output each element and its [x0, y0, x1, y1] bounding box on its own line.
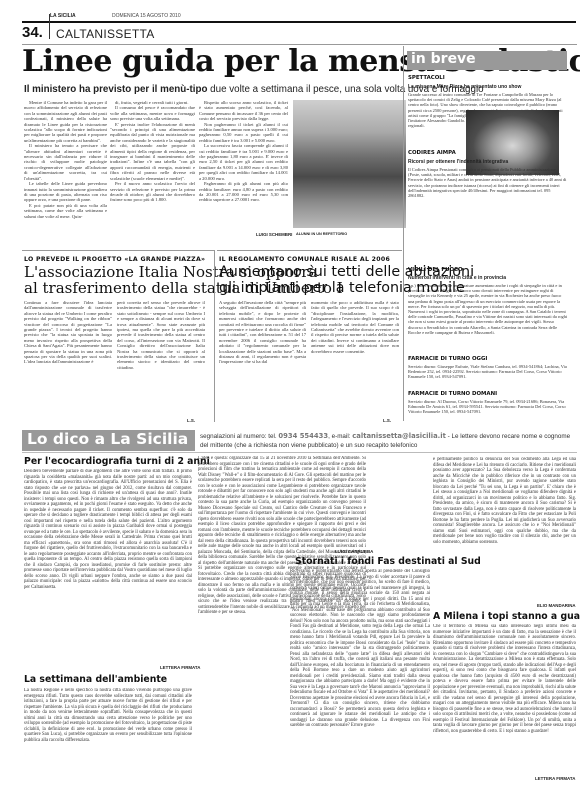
paragraph: però corretta nel senso che prevede altr… [117, 300, 205, 370]
letter-body-ecocardiografia: Desidero brevemente parlare di due argom… [24, 469, 192, 663]
brief-title: Ricorsi per ottenere l'indennità integra… [408, 159, 508, 165]
masthead-top: LA SICILIA DOMENICA 15 AGOSTO 2010 [50, 13, 181, 19]
brief-category: FARMACIE DI TURNO OGGI [408, 356, 487, 362]
lead-subhead-bold: Il ministero ha previsto per il menù-tip… [24, 84, 207, 95]
statua-column-2: però corretta nel senso che prevede altr… [117, 300, 205, 416]
letter-body-fas: Riceviamo e pubblichiamo una lettera ape… [290, 569, 430, 789]
paragraph: E' prevista inoltre l'elaborazione di me… [110, 122, 195, 181]
rule [22, 250, 214, 251]
canteen-photo [293, 100, 406, 228]
brief-body-codires: Il Codires Aimpa Pensionati comunica ai … [408, 167, 568, 209]
paragraph: Non pagheranno il ticket gli alunni il c… [199, 122, 288, 144]
paragraph: Il consumo del pesce è raccomandato due … [110, 105, 195, 121]
lead-byline: LUIGI SCHEMBRI [256, 232, 292, 237]
letter-body-fas-cont: e pertinamente politico la denuncia del … [433, 457, 576, 602]
letter-signature: LETTERA FIRMATA [160, 665, 200, 670]
section-name: CALTANISSETTA [56, 27, 155, 41]
paragraph: Pagheranno di più gli alunni con più alt… [199, 181, 288, 203]
info-prefix: segnalazioni al numero: tel. [200, 433, 278, 440]
letter-signature: LETTERA FIRMATA [535, 776, 575, 781]
telefonia-signature: L.S. [383, 418, 391, 423]
email-label: , e-mail: [328, 433, 352, 440]
letter-body-ambiente: La nostra Regione e nello specifico la n… [24, 688, 192, 788]
letter-text: Desidero brevemente parlare di due argom… [24, 469, 192, 590]
masthead-separator [49, 14, 50, 39]
telefonia-headline-2: gli impianti per la telefonia mobile [219, 280, 465, 296]
letter-body-milena: Che il territorio di Milena sia stato in… [433, 624, 576, 774]
letter-text: La nostra Regione e nello specifico la n… [24, 688, 192, 743]
telefonia-column-2: momento che poco o addirittura nulla è s… [311, 300, 399, 416]
rule [217, 250, 402, 251]
statua-signature: L.S. [187, 418, 195, 423]
brief-text: Il Codires Aimpa Pensionati comunica ai … [408, 167, 566, 198]
lodico-info: segnalazioni al numero: tel. 0934 554433… [200, 432, 576, 450]
brief-text: Servizio diurno: Giuseppe Eufrate, Viale… [408, 364, 567, 379]
letter-signature: LUIGI CARRUBBA [335, 549, 373, 554]
brief-category: SPETTACOLI [408, 75, 445, 81]
brief-text: Servizio diurno: Al Duomo, Corso Vittori… [408, 399, 566, 414]
telefonia-column-1: A seguito dell'invasione della città "se… [219, 300, 306, 420]
paragraph: La successiva fascia comprende gli alunn… [199, 143, 288, 181]
paragraph: A seguito dell'invasione della città "se… [219, 300, 306, 364]
letter-text: Riceviamo e pubblichiamo una lettera ape… [290, 569, 430, 728]
letter-text: e pertinamente politico la denuncia del … [433, 457, 576, 545]
letter-signature: ELIO MANDARINA [537, 603, 576, 608]
in-breve-title: in breve [411, 51, 476, 67]
issue-date: DOMENICA 15 AGOSTO 2010 [112, 13, 181, 19]
show-photo [466, 110, 559, 175]
paragraph: Mentre il Comune ha indetto la gara per … [24, 100, 107, 143]
statua-column-1: Continua a fare discutere l'idea lanciat… [24, 300, 112, 420]
telefonia-kicker: IL REGOLAMENTO COMUNALE RISALE AL 2006 [219, 256, 390, 263]
brief-title: La missena Mary Rizza ha presentato uno … [408, 84, 521, 90]
lead-column-2: di, frutta, vegetali e cereali tutti i g… [110, 100, 195, 232]
paragraph: Il ministero ha tenuto a precisare che "… [24, 143, 107, 181]
lodico-rule [22, 452, 577, 453]
brief-category: CODIRES AIMPA [408, 150, 456, 156]
letter-title: A Milena i topi stanno a guardare [433, 611, 580, 622]
brief-body-farmacie-oggi: Servizio diurno: Giuseppe Eufrate, Viale… [408, 364, 568, 386]
photo-caption: ALUNNI IN UN REFETTORIO [296, 232, 347, 236]
statua-kicker: LO PREVEDE IL PROGETTO «LA GRANDE PIAZZA… [24, 256, 205, 263]
paragraph: Continua a fare discutere l'idea lanciat… [24, 300, 112, 364]
brief-category: FARMACIE DI TURNO DOMANI [408, 391, 497, 397]
paragraph: Rispetto allo scorso anno scolastico, il… [199, 100, 288, 122]
column-divider [214, 250, 215, 422]
email-address[interactable]: caltanissetta@lasicilia.it [352, 432, 446, 440]
letter-title: Per l'ecocardiografia turni di 2 anni [24, 456, 210, 467]
brief-body-farmacie-domani: Servizio diurno: Al Duomo, Corso Vittori… [408, 399, 568, 421]
lead-column-1: Mentre il Comune ha indetto la gara per … [24, 100, 107, 232]
top-rule [22, 21, 576, 23]
page-number: 34. [22, 24, 43, 41]
telefonia-headline-1: Aumentano sui tetti delle abitazioni [219, 264, 474, 280]
paper-name: LA SICILIA [50, 13, 76, 19]
paragraph: E poi: patate non più di una volta alla … [24, 203, 107, 219]
paragraph: momento che poco o addirittura nulla è s… [311, 300, 399, 354]
paragraph: Le tabelle delle Linee guida prevedono i… [24, 181, 107, 203]
letter-title: La settimana dell'ambiente [24, 674, 167, 685]
lead-column-3: Rispetto allo scorso anno scolastico, il… [199, 100, 288, 228]
column-divider [403, 46, 404, 421]
phone-number: 0934 554433 [278, 432, 328, 440]
lodico-title: Lo dico a La Sicilia [27, 430, 188, 448]
paragraph: Per il nuovo anno scolastico l'avvio del… [110, 181, 195, 203]
letter-text: Che il territorio di Milena sia stato in… [433, 624, 576, 734]
